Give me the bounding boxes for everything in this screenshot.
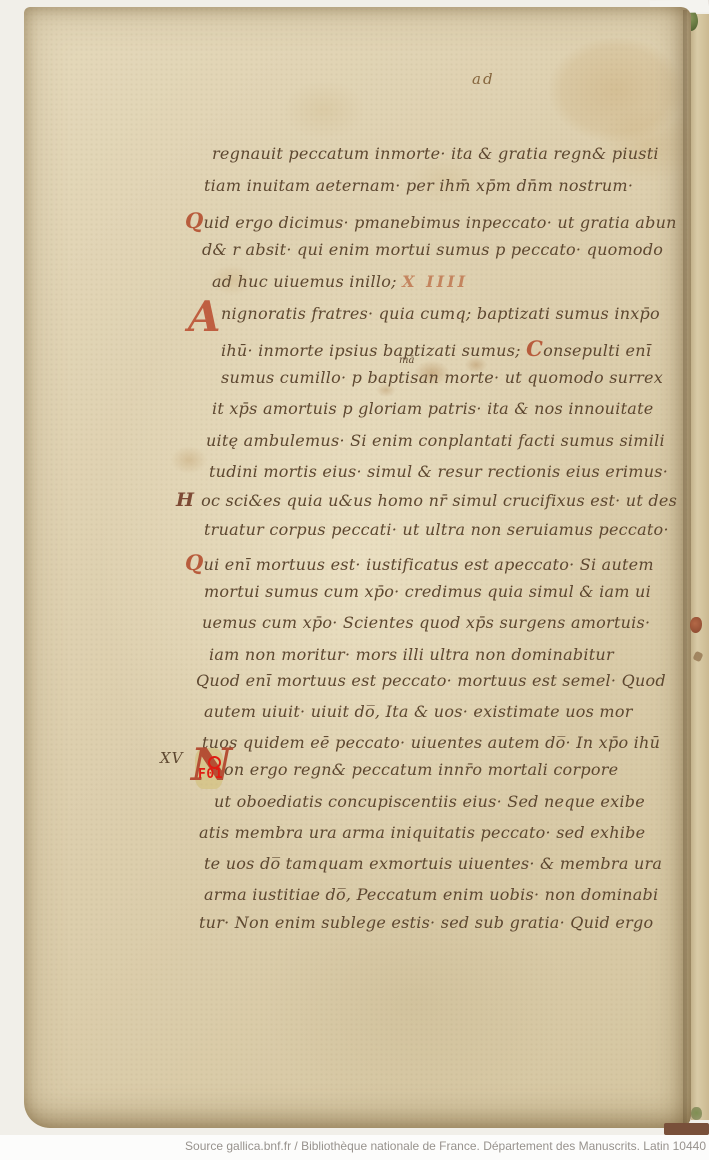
line-segment: Quod enī mortuus est peccato· mortuus es… xyxy=(196,671,666,690)
line-segment: tudini mortis eius· simul & resur rectio… xyxy=(209,462,668,481)
manuscript-line: uitę ambulemus· Si enim conplantati fact… xyxy=(206,431,665,450)
footer-bar: Source gallica.bnf.fr / Bibliothèque nat… xyxy=(0,1135,709,1160)
line-segment: tuos quidem eē peccato· uiuentes autem d… xyxy=(202,733,660,752)
line-segment: sumus cumillo· p baptisan morte· ut quom… xyxy=(221,368,663,387)
line-segment: H xyxy=(176,489,201,511)
line-segment: ut oboediatis concupiscentiis eius· Sed … xyxy=(214,792,645,811)
manuscript-line: d& r absit· qui enim mortui sumus p pecc… xyxy=(202,240,663,259)
margin-mark: mā xyxy=(399,355,414,366)
manuscript-line: on ergo regn& peccatum innr̄o mortali co… xyxy=(224,760,618,779)
manuscript-line: atis membra ura arma iniquitatis peccato… xyxy=(199,823,645,842)
line-segment: nignoratis fratres· quia cumq; baptizati… xyxy=(221,304,660,323)
line-segment: uemus cum xp̄o· Scientes quod xp̄s surge… xyxy=(202,613,650,632)
line-segment: ihū· inmorte ipsius baptizati sumus; xyxy=(221,341,526,360)
line-segment: truatur corpus peccati· ut ultra non ser… xyxy=(204,520,669,539)
line-segment: oc sci&es quia u&us homo nr̄ simul cruci… xyxy=(201,491,677,510)
line-segment: tiam inuitam aeternam· per ihm̄ xp̄m dn̄… xyxy=(204,176,633,195)
line-segment: ad huc uiuemus inillo; xyxy=(212,272,402,291)
line-segment: onsepulti enī xyxy=(543,341,651,360)
manuscript-line: it xp̄s amortuis p gloriam patris· ita &… xyxy=(212,399,653,418)
margin-mark: XV xyxy=(160,749,184,767)
line-segment: X IIII xyxy=(402,272,468,291)
manuscript-line: autem uiuit· uiuit do̅, Ita & uos· exist… xyxy=(204,702,633,721)
manuscript-line: nignoratis fratres· quia cumq; baptizati… xyxy=(221,304,660,323)
line-segment: it xp̄s amortuis p gloriam patris· ita &… xyxy=(212,399,653,418)
line-segment: uitę ambulemus· Si enim conplantati fact… xyxy=(206,431,665,450)
manuscript-line: Quid ergo dicimus· pmanebimus inpeccato·… xyxy=(185,208,677,233)
manuscript-line: H oc sci&es quia u&us homo nr̄ simul cru… xyxy=(176,489,677,511)
line-segment: mortui sumus cum xp̄o· credimus quia sim… xyxy=(204,582,651,601)
line-segment: on ergo regn& peccatum innr̄o mortali co… xyxy=(224,760,618,779)
manuscript-line: Qui enī mortuus est· iustificatus est ap… xyxy=(185,550,654,575)
manuscript-line: sumus cumillo· p baptisan morte· ut quom… xyxy=(221,368,663,387)
manuscript-line: mortui sumus cum xp̄o· credimus quia sim… xyxy=(204,582,651,601)
line-segment: atis membra ura arma iniquitatis peccato… xyxy=(199,823,645,842)
manuscript-line: truatur corpus peccati· ut ultra non ser… xyxy=(204,520,669,539)
line-segment: autem uiuit· uiuit do̅, Ita & uos· exist… xyxy=(204,702,633,721)
manuscript-line: tiam inuitam aeternam· per ihm̄ xp̄m dn̄… xyxy=(204,176,633,195)
manuscript-line: tudini mortis eius· simul & resur rectio… xyxy=(209,462,668,481)
line-segment: ui enī mortuus est· iustificatus est ape… xyxy=(204,555,654,574)
manuscript-line: Quod enī mortuus est peccato· mortuus es… xyxy=(196,671,666,690)
manuscript-line: iam non moritur· mors illi ultra non dom… xyxy=(209,645,614,664)
manuscript-line: uemus cum xp̄o· Scientes quod xp̄s surge… xyxy=(202,613,650,632)
manuscript-line: tuos quidem eē peccato· uiuentes autem d… xyxy=(202,733,660,752)
manuscript-line: ut oboediatis concupiscentiis eius· Sed … xyxy=(214,792,645,811)
manuscript-line: arma iustitiae do̅, Peccatum enim uobis·… xyxy=(204,885,658,904)
screenshot-root: ad regnauit peccatum inmorte· ita & grat… xyxy=(0,0,709,1160)
footer-source-text: Source gallica.bnf.fr / Bibliothèque nat… xyxy=(185,1135,706,1158)
line-segment: iam non moritur· mors illi ultra non dom… xyxy=(209,645,614,664)
manuscript-line: tur· Non enim sublege estis· sed sub gra… xyxy=(199,913,653,932)
line-segment: te uos do̅ tamquam exmortuis uiuentes· &… xyxy=(204,854,662,873)
manuscript-line: ihū· inmorte ipsius baptizati sumus; Con… xyxy=(221,336,651,361)
line-segment: tur· Non enim sublege estis· sed sub gra… xyxy=(199,913,653,932)
rubricated-drop-initial: A xyxy=(188,296,221,338)
line-segment: Q xyxy=(185,550,204,575)
line-segment: C xyxy=(526,336,543,361)
manuscript-line: te uos do̅ tamquam exmortuis uiuentes· &… xyxy=(204,854,662,873)
manuscript-text: ad regnauit peccatum inmorte· ita & grat… xyxy=(0,0,709,1135)
line-segment: regnauit peccatum inmorte· ita & gratia … xyxy=(212,144,659,163)
manuscript-line: regnauit peccatum inmorte· ita & gratia … xyxy=(212,144,659,163)
line-segment: arma iustitiae do̅, Peccatum enim uobis·… xyxy=(204,885,658,904)
line-segment: uid ergo dicimus· pmanebimus inpeccato· … xyxy=(204,213,677,232)
manuscript-line: ad huc uiuemus inillo; X IIII xyxy=(212,272,468,291)
f01-label: F01 xyxy=(198,767,223,782)
line-segment: d& r absit· qui enim mortui sumus p pecc… xyxy=(202,240,663,259)
line-segment: Q xyxy=(185,208,204,233)
folio-corner-mark: ad xyxy=(472,70,495,88)
